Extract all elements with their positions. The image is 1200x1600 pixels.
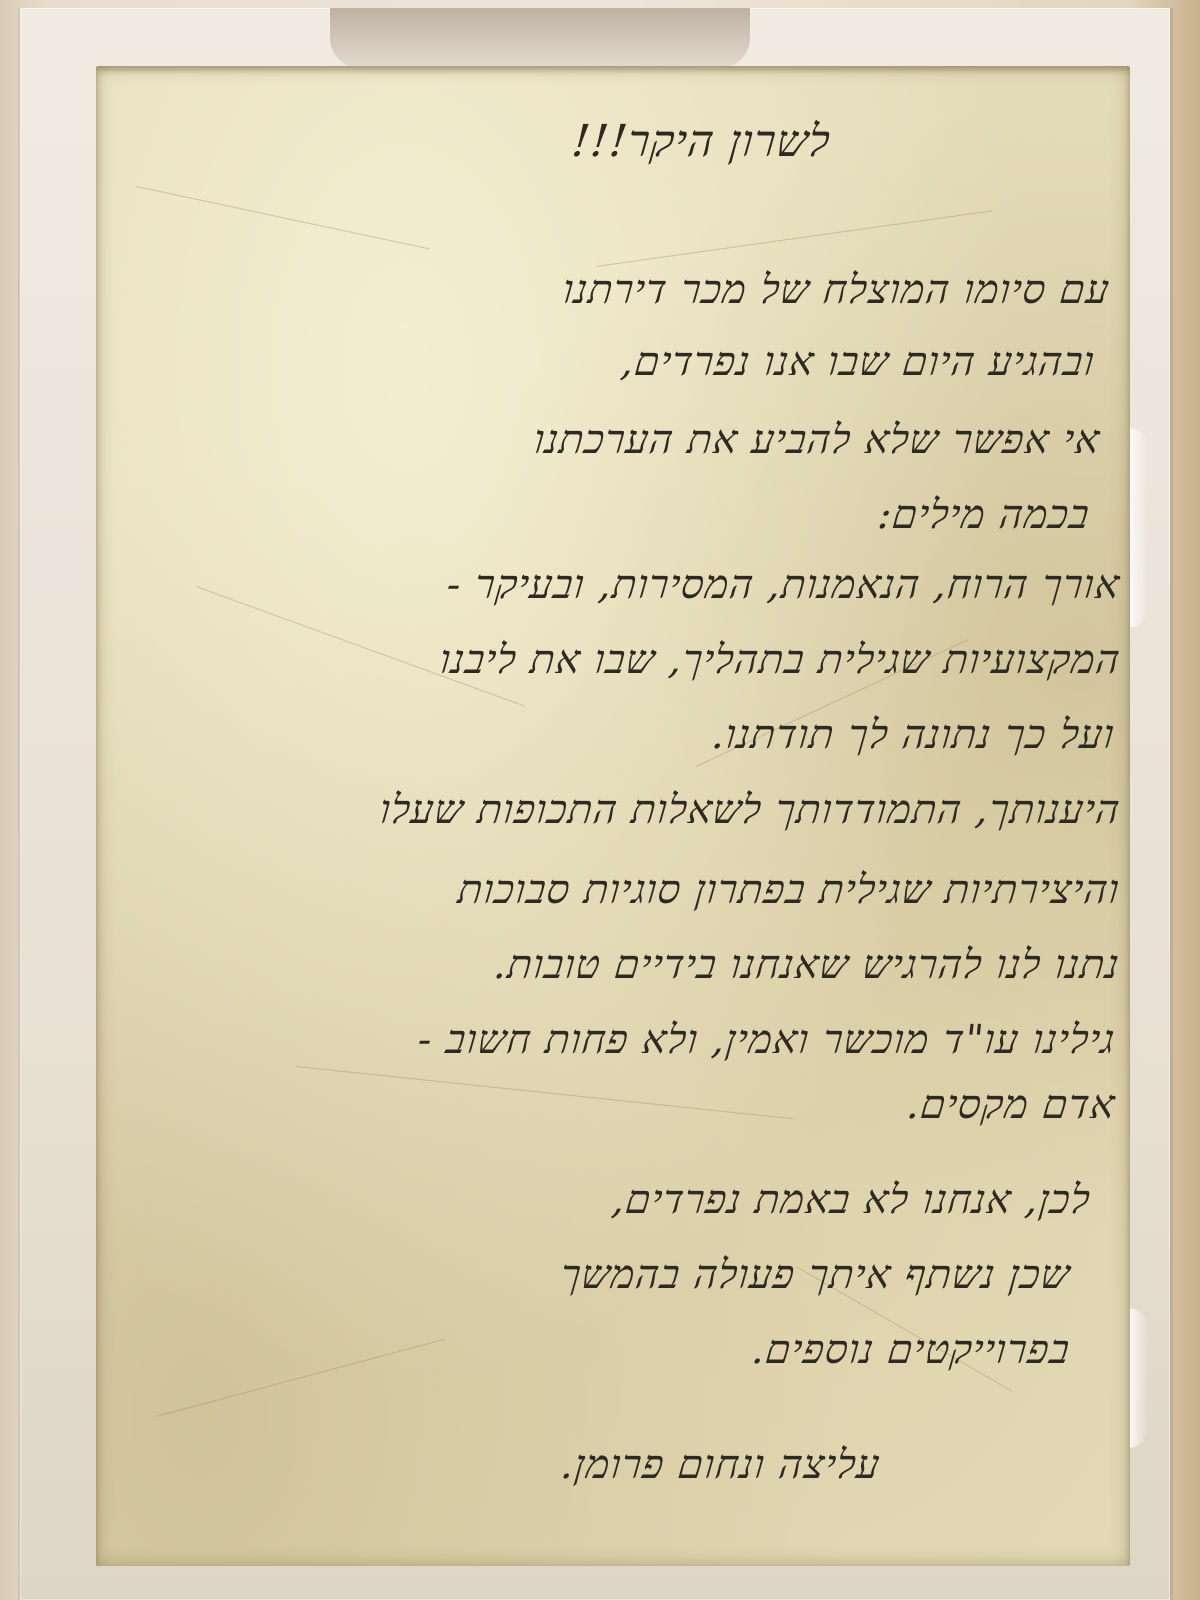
letter-line: גילינו עו"ד מוכשר ואמין, ולא פחות חשוב - bbox=[415, 1016, 1117, 1063]
letter-line: נתנו לנו להרגיש שאנחנו בידיים טובות. bbox=[492, 941, 1123, 988]
letter-greeting: לשרון היקר!!! bbox=[569, 116, 833, 167]
letter-line: בפרוייקטים נוספים. bbox=[750, 1326, 1073, 1373]
letter-text: לשרון היקר!!! עם סיומו המוצלח של מכר דיר… bbox=[96, 66, 1130, 1566]
letter-line: בכמה מילים: bbox=[876, 491, 1092, 538]
letter-line: ובהגיע היום שבו אנו נפרדים, bbox=[619, 338, 1098, 385]
silver-picture-frame: לשרון היקר!!! עם סיומו המוצלח של מכר דיר… bbox=[18, 8, 1173, 1600]
letter-line: אי אפשר שלא להביע את הערכתנו bbox=[532, 416, 1103, 463]
letter-line: אדם מקסים. bbox=[904, 1081, 1117, 1128]
frame-reflection bbox=[330, 8, 750, 68]
letter-line: שכן נשתף איתך פעולה בהמשך bbox=[558, 1251, 1072, 1298]
letter-line: אורך הרוח, הנאמנות, המסירות, ובעיקר - bbox=[445, 561, 1123, 608]
letter-line: ועל כך נתונה לך תודתנו. bbox=[710, 711, 1118, 758]
letter-signature: עליצה ונחום פרומן. bbox=[558, 1441, 882, 1488]
letter-line: לכן, אנחנו לא באמת נפרדים, bbox=[609, 1176, 1092, 1223]
letter-line: והיצירתיות שגילית בפתרון סוגיות סבוכות bbox=[456, 866, 1123, 913]
letter-line: עם סיומו המוצלח של מכר דירתנו bbox=[561, 266, 1113, 313]
letter-line: היענותך, התמודדותך לשאלות התכופות שעלו bbox=[377, 786, 1122, 833]
handwritten-letter-paper: לשרון היקר!!! עם סיומו המוצלח של מכר דיר… bbox=[96, 66, 1130, 1566]
letter-line: המקצועיות שגילית בתהליך, שבו את ליבנו bbox=[437, 636, 1122, 683]
